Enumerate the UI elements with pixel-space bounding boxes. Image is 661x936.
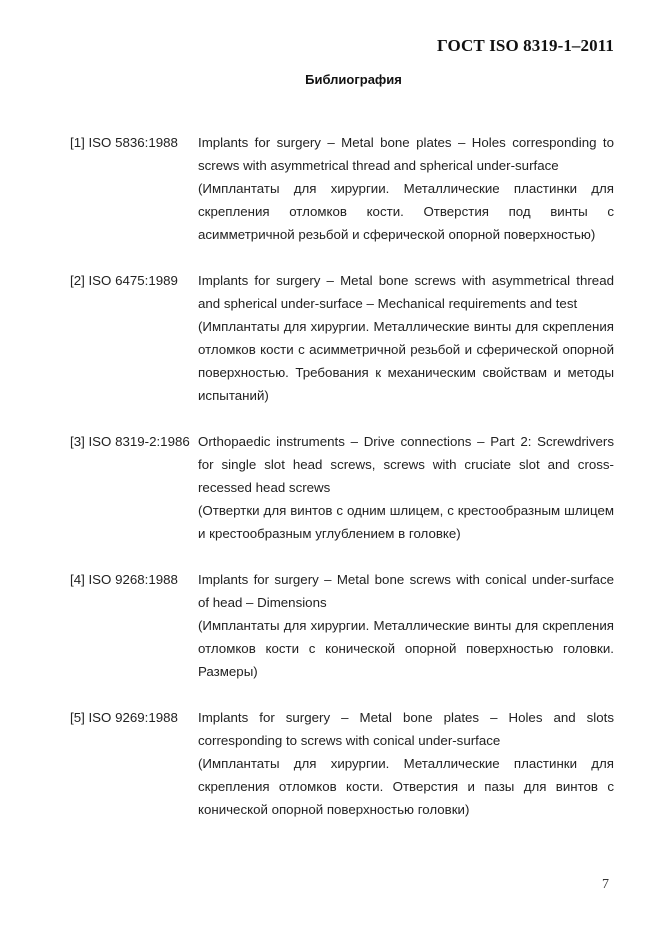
- entry-title-ru: (Имплантаты для хирургии. Металлические …: [198, 614, 614, 683]
- entry-body: Implants for surgery – Metal bone screws…: [198, 568, 614, 683]
- document-code: ГОСТ ISO 8319-1–2011: [437, 36, 614, 56]
- bibliography-entry: [5] ISO 9269:1988 Implants for surgery –…: [70, 706, 614, 821]
- entry-reference: [4] ISO 9268:1988: [70, 568, 198, 683]
- entry-title-ru: (Имплантаты для хирургии. Металлические …: [198, 177, 614, 246]
- entry-title-ru: (Имплантаты для хирургии. Металлические …: [198, 752, 614, 821]
- entry-body: Implants for surgery – Metal bone screws…: [198, 269, 614, 407]
- entry-title-ru: (Отвертки для винтов с одним шлицем, с к…: [198, 499, 614, 545]
- bibliography-entry: [2] ISO 6475:1989 Implants for surgery –…: [70, 269, 614, 407]
- entry-reference: [2] ISO 6475:1989: [70, 269, 198, 407]
- entry-title-en: Implants for surgery – Metal bone plates…: [198, 131, 614, 177]
- section-title: Библиография: [0, 72, 661, 87]
- bibliography-entry: [4] ISO 9268:1988 Implants for surgery –…: [70, 568, 614, 683]
- entry-title-ru: (Имплантаты для хирургии. Металлические …: [198, 315, 614, 407]
- bibliography-entry: [3] ISO 8319-2:1986 Orthopaedic instrume…: [70, 430, 614, 545]
- entry-reference: [3] ISO 8319-2:1986: [70, 430, 198, 545]
- entry-reference: [1] ISO 5836:1988: [70, 131, 198, 246]
- page-number: 7: [602, 877, 609, 893]
- entry-title-en: Implants for surgery – Metal bone screws…: [198, 568, 614, 614]
- entry-title-en: Implants for surgery – Metal bone plates…: [198, 706, 614, 752]
- entry-reference: [5] ISO 9269:1988: [70, 706, 198, 821]
- entry-body: Orthopaedic instruments – Drive connecti…: [198, 430, 614, 545]
- entry-title-en: Implants for surgery – Metal bone screws…: [198, 269, 614, 315]
- bibliography-entry: [1] ISO 5836:1988 Implants for surgery –…: [70, 131, 614, 246]
- entry-body: Implants for surgery – Metal bone plates…: [198, 131, 614, 246]
- entry-body: Implants for surgery – Metal bone plates…: [198, 706, 614, 821]
- bibliography-list: [1] ISO 5836:1988 Implants for surgery –…: [70, 131, 614, 844]
- entry-title-en: Orthopaedic instruments – Drive connecti…: [198, 430, 614, 499]
